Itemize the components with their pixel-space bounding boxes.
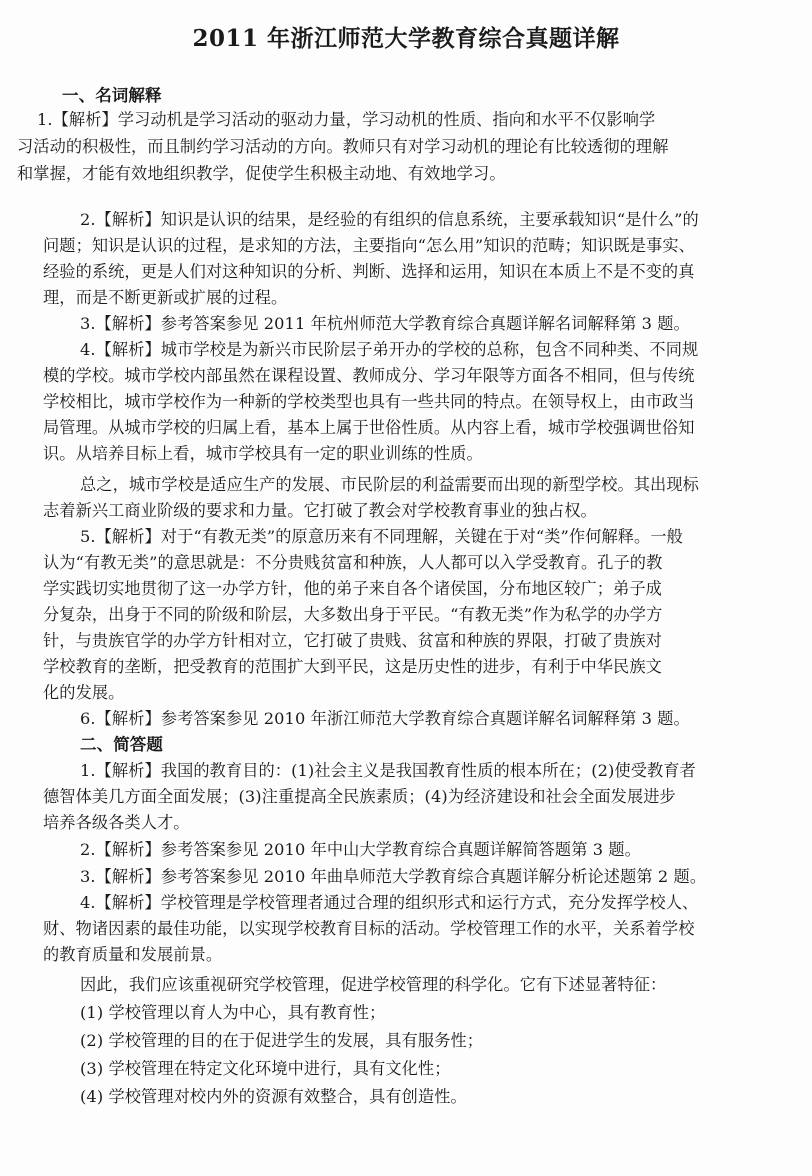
- text-line: 习活动的积极性，而且制约学习活动的方向。教师只有对学习动机的理论有比较透彻的理解: [17, 137, 669, 157]
- text-line: 问题；知识是认识的过程，是求知的方法，主要指向“怎么用”知识的范畴；知识既是事实…: [43, 236, 695, 256]
- section-heading: 一、名词解释: [62, 86, 162, 106]
- text-line: 理，而是不断更新或扩展的过程。: [43, 288, 287, 308]
- text-line: 3.【解析】参考答案参见 2011 年杭州师范大学教育综合真题详解名词解释第 3…: [80, 314, 690, 334]
- text-line: 4.【解析】城市学校是为新兴市民阶层子弟开办的学校的总称，包含不同种类、不同规: [80, 340, 698, 360]
- text-line: 针，与贵族官学的办学方针相对立，它打破了贵贱、贫富和种族的界限，打破了贵族对: [43, 631, 662, 651]
- text-line: 学实践切实地贯彻了这一办学方针，他的弟子来自各个诸侯国，分布地区较广；弟子成: [43, 579, 662, 599]
- text-line: 模的学校。城市学校内部虽然在课程设置、教师成分、学习年限等方面各不相同，但与传统: [43, 366, 695, 386]
- text-line: 志着新兴工商业阶级的要求和力量。它打破了教会对学校教育事业的独占权。: [43, 501, 597, 521]
- text-line: (4) 学校管理对校内外的资源有效整合，具有创造性。: [80, 1087, 467, 1107]
- text-line: 1.【解析】学习动机是学习活动的驱动力量，学习动机的性质、指向和水平不仅影响学: [37, 110, 655, 130]
- text-line: 学校教育的垄断，把受教育的范围扩大到平民，这是历史性的进步，有利于中华民族文: [43, 657, 662, 677]
- text-line: 6.【解析】参考答案参见 2010 年浙江师范大学教育综合真题详解名词解释第 3…: [80, 709, 690, 729]
- text-line: 总之，城市学校是适应生产的发展、市民阶层的利益需要而出现的新型学校。其出现标: [80, 475, 699, 495]
- text-line: (2) 学校管理的目的在于促进学生的发展，具有服务性；: [80, 1031, 483, 1051]
- text-line: 5.【解析】对于“有教无类”的原意历来有不同理解，关键在于对“类”作何解释。一般: [80, 527, 683, 547]
- text-line: 化的发展。: [43, 683, 124, 703]
- page-title: 2011 年浙江师范大学教育综合真题详解: [0, 20, 812, 53]
- text-line: 3.【解析】参考答案参见 2010 年曲阜师范大学教育综合真题详解分析论述题第 …: [80, 867, 706, 887]
- text-line: 财、物诸因素的最佳功能，以实现学校教育目标的活动。学校管理工作的水平，关系着学校: [43, 919, 695, 939]
- text-line: 识。从培养目标上看，城市学校具有一定的职业训练的性质。: [43, 444, 483, 464]
- section-heading: 二、简答题: [80, 735, 163, 755]
- text-line: 局管理。从城市学校的归属上看，基本上属于世俗性质。从内容上看，城市学校强调世俗知: [43, 418, 695, 438]
- text-line: 2.【解析】知识是认识的结果，是经验的有组织的信息系统，主要承载知识“是什么”的: [80, 210, 699, 230]
- text-line: 认为“有教无类”的意思就是：不分贵贱贫富和种族，人人都可以入学受教育。孔子的教: [43, 553, 662, 573]
- text-line: 4.【解析】学校管理是学校管理者通过合理的组织形式和运行方式，充分发挥学校人、: [80, 893, 698, 913]
- text-line: 1.【解析】我国的教育目的：(1)社会主义是我国教育性质的根本所在；(2)使受教…: [80, 761, 696, 781]
- text-line: 学校相比，城市学校作为一种新的学校类型也具有一些共同的特点。在领导权上，由市政当: [43, 392, 695, 412]
- text-line: 分复杂，出身于不同的阶级和阶层，大多数出身于平民。“有教无类”作为私学的办学方: [43, 605, 662, 625]
- text-line: (3) 学校管理在特定文化环境中进行，具有文化性；: [80, 1059, 451, 1079]
- text-line: 德智体美几方面全面发展；(3)注重提高全民族素质；(4)为经济建设和社会全面发展…: [43, 787, 676, 807]
- text-line: 培养各级各类人才。: [43, 813, 190, 833]
- text-line: 和掌握，才能有效地组织教学，促使学生积极主动地、有效地学习。: [17, 164, 506, 184]
- text-line: 经验的系统，更是人们对这种知识的分析、判断、选择和运用，知识在本质上不是不变的真: [43, 262, 695, 282]
- text-line: 的教育质量和发展前景。: [43, 945, 222, 965]
- text-line: 因此，我们应该重视研究学校管理，促进学校管理的科学化。它有下述显著特征：: [80, 975, 666, 995]
- text-line: (1) 学校管理以育人为中心，具有教育性；: [80, 1003, 385, 1023]
- text-line: 2.【解析】参考答案参见 2010 年中山大学教育综合真题详解简答题第 3 题。: [80, 840, 641, 860]
